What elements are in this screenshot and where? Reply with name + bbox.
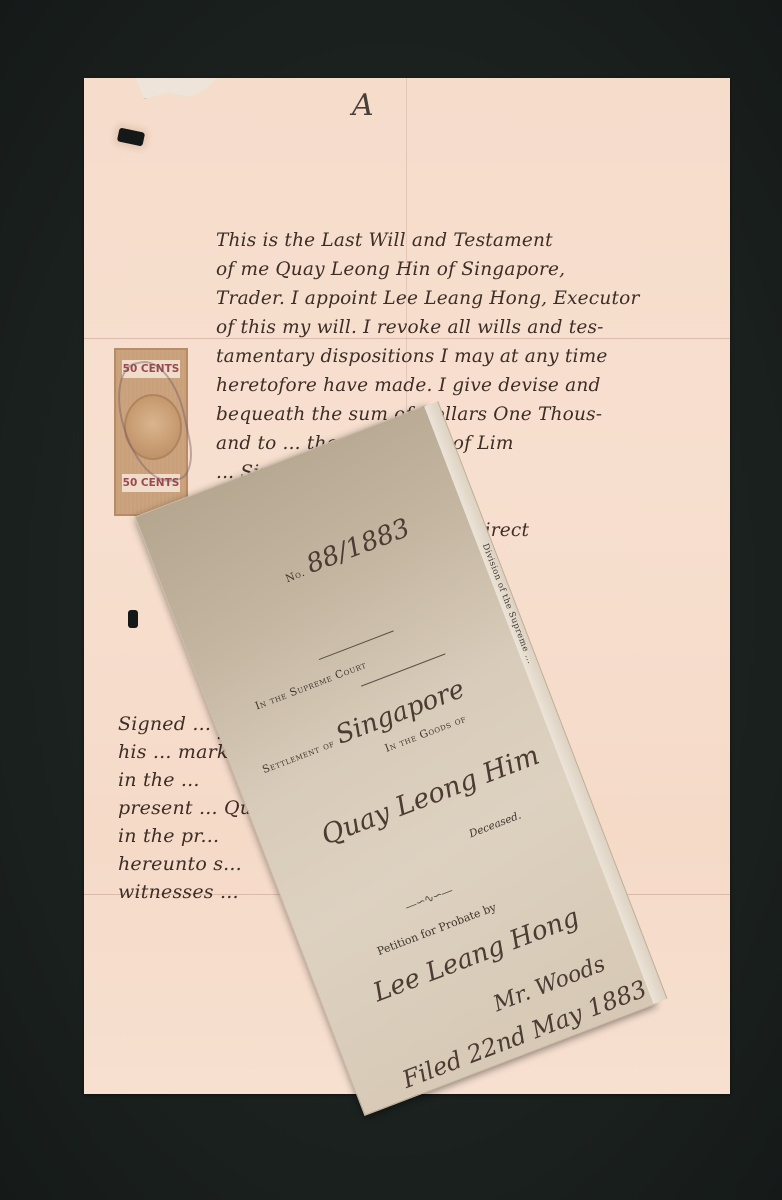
court-line: In the Supreme Court xyxy=(254,659,369,713)
divider-rule xyxy=(319,630,394,660)
will-line: bequeath the sum of Dollars One Thous- xyxy=(216,400,722,429)
photo-mount-background: A 50 CENTS 50 CENTS This is the Last Wil… xyxy=(0,0,782,1200)
paper-hole xyxy=(128,610,138,628)
will-line: tamentary dispositions I may at any time xyxy=(216,342,722,371)
ornamental-divider: —∽∿∽— xyxy=(403,883,454,914)
settlement-prefix: Settlement of xyxy=(261,738,337,777)
paper-hole xyxy=(117,127,145,146)
case-number-prefix: No. xyxy=(284,567,307,585)
deceased-name: Quay Leong Him xyxy=(317,740,543,852)
deceased-label: Deceased. xyxy=(468,809,523,840)
will-line: and to ... the possession of Lim xyxy=(216,429,722,458)
exhibit-letter: A xyxy=(352,88,374,123)
will-line: of me Quay Leong Hin of Singapore, xyxy=(216,255,722,284)
case-number-value: 88/1883 xyxy=(302,513,414,580)
will-line: heretofore have made. I give devise and xyxy=(216,371,722,400)
torn-corner xyxy=(136,78,216,99)
will-line: This is the Last Will and Testament xyxy=(216,226,722,255)
will-line: of this my will. I revoke all wills and … xyxy=(216,313,722,342)
will-line: Trader. I appoint Lee Leang Hong, Execut… xyxy=(216,284,722,313)
divider-rule xyxy=(361,653,445,686)
revenue-stamp: 50 CENTS 50 CENTS xyxy=(114,348,188,516)
case-number: No. 88/1883 xyxy=(279,513,414,589)
stamp-cancellation-mark xyxy=(110,355,198,490)
